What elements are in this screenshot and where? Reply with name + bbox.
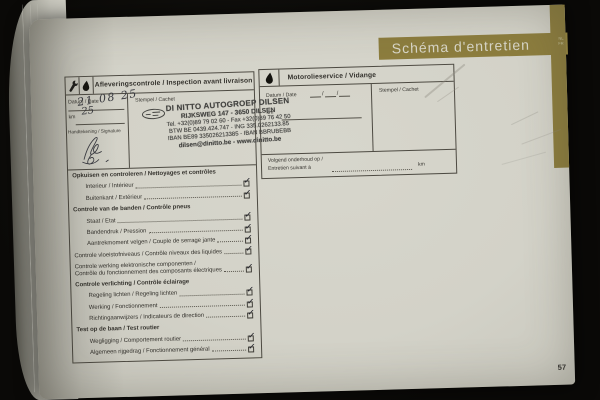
- checklist-item-label: Werking / Fonctionnement: [89, 303, 158, 312]
- next-service-label-nl: Volgend onderhoud op /: [268, 156, 323, 164]
- dotted-leader: [179, 293, 244, 296]
- checkbox-checked: ✓: [245, 249, 251, 255]
- page-number: 57: [558, 363, 567, 372]
- date-slash: /: [322, 91, 324, 97]
- checkbox-checked: ✓: [245, 226, 251, 232]
- checklist-item: Aantrekmoment velgen / Couple de serrage…: [74, 237, 251, 249]
- date-blank: [325, 91, 336, 97]
- checklist-item-label: Aantrekmoment velgen / Couple de serrage…: [87, 238, 216, 248]
- checkbox-checked: ✓: [245, 237, 251, 243]
- checklist-heading-label: Test op de baan / Test routier: [76, 325, 159, 334]
- date-km-signature-cell: Datum / Date 21 08 25 km 25 Handtekening…: [66, 94, 130, 170]
- km-line: [76, 123, 125, 125]
- checkbox-checked: ✓: [247, 312, 253, 318]
- date-slash: /: [337, 91, 339, 97]
- photo-background: Schéma d'entretien NL FR: [0, 0, 600, 400]
- checkbox-checked: ✓: [244, 192, 250, 198]
- checklist-item: Interieur / Intérieur✓: [72, 180, 249, 192]
- dotted-leader: [212, 350, 246, 352]
- checklist-heading: Opkuisen en controleren / Nettoyages et …: [72, 168, 249, 180]
- dotted-leader: [148, 230, 242, 234]
- checklist-heading-label: Opkuisen en controleren / Nettoyages et …: [72, 169, 216, 180]
- date-line: [68, 109, 124, 112]
- check-mark-icon: ✓: [247, 308, 255, 319]
- ink-ghost-mark: [502, 152, 547, 166]
- checklist-item-label: Regeling lichten / Regeling lichten: [88, 291, 177, 300]
- checklist-heading-label: Controle verlichting / Contrôle éclairag…: [75, 279, 189, 289]
- checklist-item-label: Interieur / Intérieur: [85, 183, 133, 191]
- check-mark-icon: ✓: [245, 263, 253, 274]
- dotted-leader: [224, 252, 243, 254]
- checklist-item-label: Buitenkant / Extérieur: [86, 194, 142, 202]
- section-title: Schéma d'entretien: [379, 37, 531, 57]
- delivery-checklist: Opkuisen en controleren / Nettoyages et …: [68, 164, 261, 362]
- language-tag: NL FR: [558, 36, 564, 46]
- checklist-item-label: Richtingaanwijzers / Indicateurs de dire…: [89, 313, 204, 323]
- checklist-item-label: Staat / Etat: [86, 218, 115, 226]
- stamp-cell: Stempel / Cachet: [372, 82, 456, 151]
- checklist-item: Algemeen rijgedrag / Fonctionnement géné…: [77, 346, 254, 358]
- check-mark-icon: ✓: [243, 188, 251, 199]
- checklist-heading: Controle van de banden / Contrôle pneus: [73, 203, 250, 215]
- checkbox-checked: ✓: [248, 335, 254, 341]
- stamp-label: Stempel / Cachet: [135, 97, 175, 104]
- checkbox-checked: ✓: [247, 301, 253, 307]
- dotted-leader: [206, 316, 245, 318]
- checklist-heading-label: Controle van de banden / Contrôle pneus: [73, 204, 190, 214]
- section-banner: Schéma d'entretien NL FR: [378, 33, 568, 60]
- checklist-item-label: Wegligging / Comportement routier: [90, 336, 181, 345]
- check-mark-icon: ✓: [245, 233, 253, 244]
- dotted-leader: [118, 218, 243, 222]
- next-service-unit: km: [418, 162, 425, 168]
- check-mark-icon: ✓: [246, 285, 254, 296]
- dotted-leader: [144, 196, 242, 200]
- checklist-item: Controle vloeistofniveaus / Contrôle niv…: [74, 248, 251, 260]
- checklist-item: Staat / Etat✓: [73, 214, 250, 226]
- check-mark-icon: ✓: [245, 245, 253, 256]
- next-service-dotted-line: [332, 169, 412, 172]
- language-tag-bottom: FR: [558, 41, 563, 46]
- handwritten-signature: [69, 129, 128, 169]
- km-label: km: [68, 114, 75, 120]
- dealer-logo-icon: [140, 105, 166, 120]
- check-mark-icon: ✓: [246, 297, 254, 308]
- oil-drop-icon: [259, 70, 279, 87]
- check-mark-icon: ✓: [248, 342, 256, 353]
- dotted-leader: [224, 271, 244, 273]
- checkbox-checked: ✓: [248, 346, 254, 352]
- check-mark-icon: ✓: [244, 211, 252, 222]
- checklist-item-label: Bandendruk / Pression: [87, 228, 147, 236]
- checklist-heading: Controle verlichting / Contrôle éclairag…: [75, 277, 252, 289]
- checkbox-checked: ✓: [246, 267, 252, 273]
- date-blank: [339, 91, 350, 97]
- booklet-page: Schéma d'entretien NL FR: [29, 5, 575, 400]
- checkbox-checked: ✓: [246, 290, 252, 296]
- check-mark-icon: ✓: [243, 176, 251, 187]
- checklist-item: Bandendruk / Pression✓: [74, 225, 251, 237]
- next-service-row: Volgend onderhoud op / Entretien suivant…: [262, 149, 457, 178]
- checklist-item: Buitenkant / Extérieur✓: [73, 191, 250, 203]
- checklist-item: Regeling lichten / Regeling lichten✓: [75, 289, 252, 301]
- oil-drop-icon: [79, 77, 93, 94]
- check-mark-icon: ✓: [247, 331, 255, 342]
- gold-edge-stripe: [550, 5, 570, 168]
- checkbox-checked: ✓: [243, 181, 249, 187]
- checklist-heading: Test op de baan / Test routier: [76, 323, 253, 335]
- checklist-item: Wegligging / Comportement routier✓: [77, 334, 254, 346]
- checklist-item: Richtingaanwijzers / Indicateurs de dire…: [76, 311, 253, 323]
- dotted-leader: [136, 184, 242, 188]
- dotted-leader: [160, 305, 245, 308]
- next-service-label-fr: Entretien suivant à: [268, 165, 311, 172]
- ink-ghost-mark: [511, 111, 539, 125]
- dotted-leader: [217, 241, 243, 243]
- checklist-item: Werking / Fonctionnement✓: [76, 300, 253, 312]
- dotted-leader: [183, 339, 246, 342]
- checkbox-checked: ✓: [244, 215, 250, 221]
- checklist-item-label: Algemeen rijgedrag / Fonctionnement géné…: [90, 347, 210, 357]
- checklist-item-label: Controle vloeistofniveaus / Contrôle niv…: [74, 249, 222, 260]
- wrench-icon: [65, 77, 79, 94]
- stamp-label: Stempel / Cachet: [379, 87, 419, 94]
- checklist-item: Controle werking elektronische component…: [75, 259, 252, 277]
- check-mark-icon: ✓: [244, 222, 252, 233]
